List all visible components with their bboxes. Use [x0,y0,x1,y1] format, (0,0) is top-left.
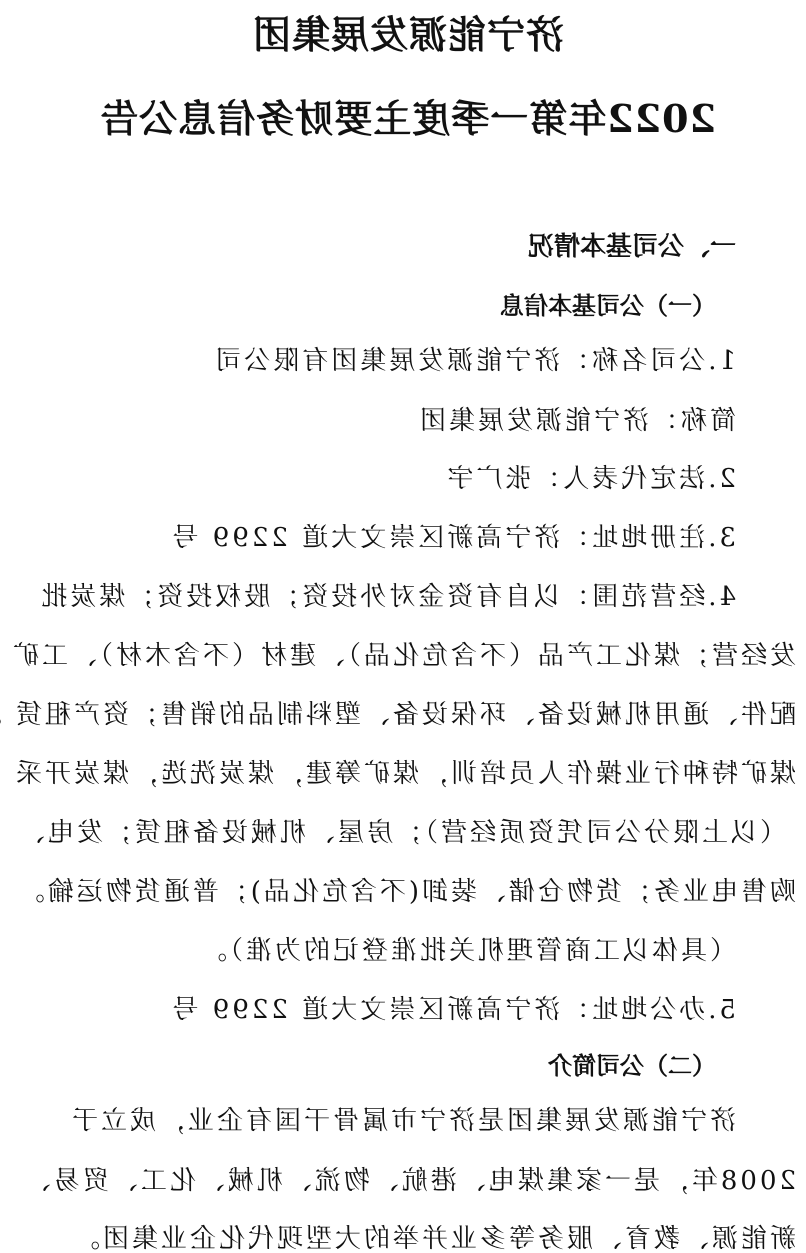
intro-line: 新能源、教育、服务等多业并举的大型现代化企业集团。 [71,1218,796,1253]
info-line: 1.公司名称：济宁能源发展集团有限公司 [212,340,736,377]
info-line: 5.办公地址：济宁高新区崇文大道 2299 号 [169,989,736,1026]
info-line: 3.注册地址：济宁高新区崇文大道 2299 号 [169,517,736,554]
info-line: 购售电业务；货物仓储、装卸(不含危化品)；普通货物运输。 [16,871,796,908]
info-line: 2.法定代表人：张广宇 [444,458,736,495]
subsection-heading-2: （二）公司简介 [548,1046,716,1081]
section-heading: 一、公司基本情况 [528,226,736,263]
info-line: 发经营；煤化工产品（不含危化品）、建材（不含木材）、工矿 [10,635,796,672]
info-line: 煤矿特种行业操作人员培训，煤矿筹建，煤炭洗选，煤炭开采 [13,753,796,790]
title-line-2: 2022年第一季度主要财务信息公告 [99,88,716,143]
intro-line: 2008年，是一家集煤电、港航、物流、机械、化工、贸易、 [22,1160,796,1197]
info-line: 4.经营范围：以自有资金对外投资；股权投资；煤炭批 [38,576,736,613]
info-line: 简称：济宁能源发展集团 [417,400,736,437]
subsection-heading-1: （一）公司基本信息 [500,286,716,321]
intro-line: 济宁能源发展集团是济宁市属骨干国有企业，成立于 [69,1100,736,1137]
info-line: 配件、通用机械设备、环保设备、塑料制品的销售；资产租赁 。 [0,694,796,731]
document-page: 济宁能源发展集团 2022年第一季度主要财务信息公告 一、公司基本情况 （一）公… [0,0,806,1253]
title-line-1: 济宁能源发展集团 [252,4,564,59]
info-line: （以上限分公司凭资质经营）；房屋、机械设备租赁；发电、 [16,812,786,849]
info-line: （具体以工商管理机关批准登记的为准）。 [198,930,736,967]
